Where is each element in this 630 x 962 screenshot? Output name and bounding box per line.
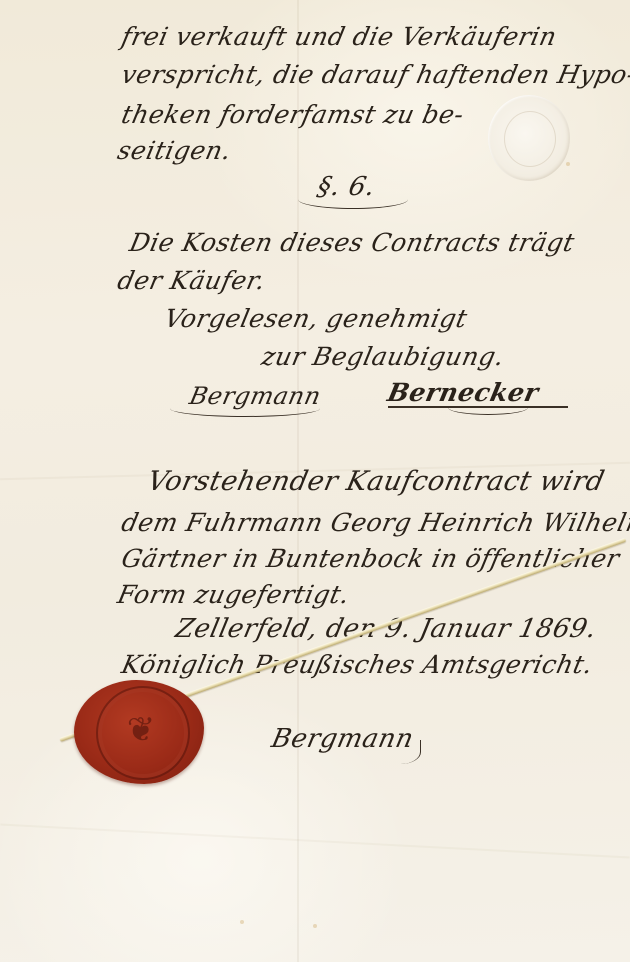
text-line: Form zugefertigt. (115, 580, 352, 609)
wax-seal: ❦ (74, 680, 204, 784)
text-line: zur Beglaubigung. (259, 342, 507, 371)
text-line: dem Fuhrmann Georg Heinrich Wilhelm (119, 508, 630, 537)
signature-flourish (170, 400, 320, 417)
text-line: theken forderfamst zu be- (119, 100, 467, 129)
text-line: verspricht, die darauf haftenden Hypo- (119, 60, 630, 89)
issuing-authority: Königlich Preußisches Amtsgericht. (119, 650, 596, 679)
signature-flourish (448, 400, 528, 415)
text-line: frei verkauft und die Verkäuferin (119, 22, 560, 51)
eagle-icon: ❦ (122, 710, 160, 750)
paper-stain (566, 162, 570, 166)
place-date: Zellerfeld, den 9. Januar 1869. (173, 614, 599, 644)
fold-crease-horizontal (0, 824, 629, 859)
document-page: frei verkauft und die Verkäuferin verspr… (0, 0, 630, 962)
paper-stain (240, 920, 244, 924)
heading-flourish (298, 190, 408, 209)
text-line: Vorgelesen, genehmigt (162, 304, 470, 333)
paper-stain (313, 924, 317, 928)
text-line: Die Kosten dieses Contracts trägt (127, 228, 577, 257)
text-line: der Käufer. (115, 266, 268, 295)
signature-flourish (380, 740, 421, 764)
text-line: Vorstehender Kaufcontract wird (145, 466, 608, 497)
embossed-dry-seal (488, 95, 570, 181)
text-line: seitigen. (115, 136, 234, 165)
